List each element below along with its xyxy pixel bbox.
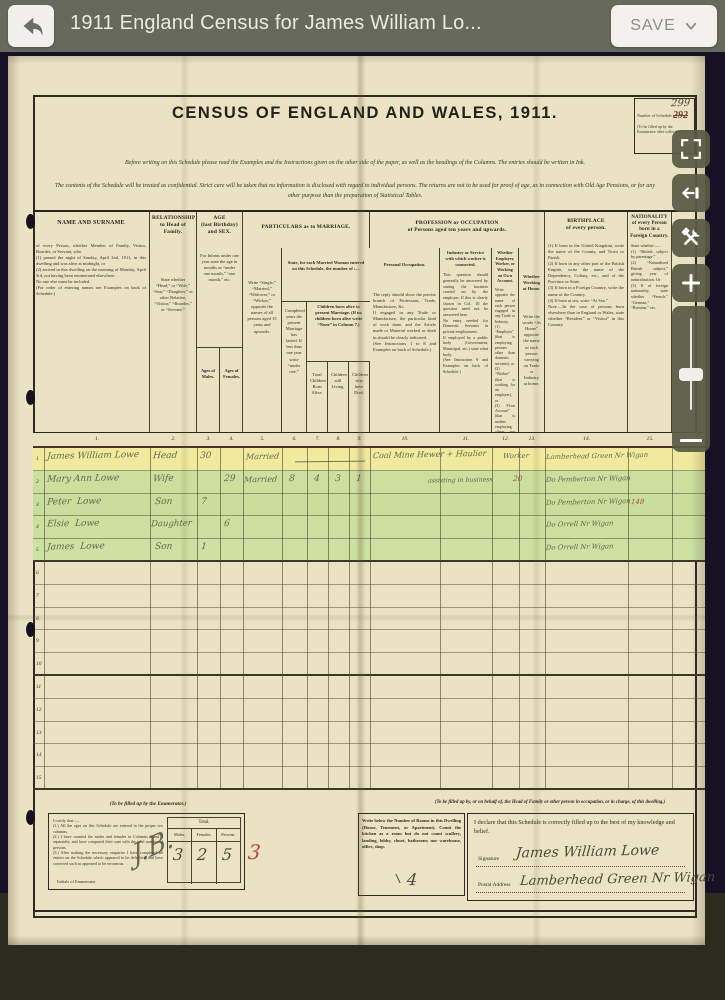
column-number: 9. bbox=[349, 436, 370, 442]
table-row-empty: 8 bbox=[33, 608, 705, 631]
table-row-empty: 13 bbox=[33, 722, 705, 745]
previous-image-button[interactable] bbox=[672, 174, 710, 212]
punch-hole bbox=[26, 390, 35, 405]
cell-industry-note: assisting in business bbox=[428, 476, 493, 484]
col-header-birthplace: BIRTHPLACE of every person. (1) If born … bbox=[545, 212, 628, 434]
save-button-label: SAVE bbox=[630, 17, 676, 35]
col-header-age: AGE (last Birthday) and SEX. For Infants… bbox=[197, 212, 243, 434]
row-number: 14 bbox=[36, 752, 42, 758]
column-number: 4. bbox=[220, 436, 243, 442]
signature-label: Signature bbox=[478, 856, 499, 862]
table-row-empty: 7 bbox=[33, 585, 705, 608]
cell-age-male: 1 bbox=[201, 542, 208, 552]
column-number: 12. bbox=[492, 436, 519, 442]
chevron-down-icon bbox=[684, 19, 698, 33]
head-section-label: (To be filled up by, or on behalf of, th… bbox=[403, 800, 697, 805]
row-number: 9 bbox=[36, 638, 39, 644]
row-number: 10 bbox=[36, 661, 42, 667]
cell-occupation: Coal Mine Hewer + Haulier bbox=[373, 449, 487, 460]
zoom-slider[interactable] bbox=[672, 306, 710, 452]
census-viewer-screen: CENSUS OF ENGLAND AND WALES, 1911. Numbe… bbox=[0, 0, 725, 1000]
col-header-age-females: Ages of Females. bbox=[220, 347, 243, 434]
column-number: 10. bbox=[370, 436, 440, 442]
cell-age-female: 6 bbox=[224, 519, 231, 529]
census-document-image[interactable]: CENSUS OF ENGLAND AND WALES, 1911. Numbe… bbox=[8, 56, 705, 945]
column-number: 7. bbox=[307, 436, 328, 442]
rooms-box: Write below the Number of Rooms in this … bbox=[358, 813, 465, 896]
enumerator-red-code: 148 bbox=[631, 497, 645, 505]
cell-relationship: Son bbox=[155, 542, 173, 552]
save-button[interactable]: SAVE bbox=[611, 5, 717, 47]
back-arrow-icon bbox=[16, 11, 46, 41]
cell-name: James Lowe bbox=[47, 542, 105, 553]
col-header-occupation-group: PROFESSION or OCCUPATION of Persons aged… bbox=[370, 212, 545, 248]
row-number: 12 bbox=[36, 707, 42, 713]
column-number: 5. bbox=[243, 436, 282, 442]
col-header-nationality: NATIONALITY of every Person born in a Fo… bbox=[628, 212, 672, 434]
col-header-working-at-home: Whether Working at Home. Write the words… bbox=[519, 248, 545, 434]
zoom-out-button[interactable] bbox=[680, 439, 702, 443]
column-number: 11. bbox=[440, 436, 492, 442]
table-row-empty: 11 bbox=[33, 676, 705, 699]
cell-name: Peter Lowe bbox=[47, 496, 102, 507]
table-row-elsie-lowe: 4 Elsie Lowe Daughter 6 Do Orrell Nr Wig… bbox=[33, 516, 705, 539]
enumerator-red-code: 20 bbox=[513, 474, 523, 483]
col-header-employment-status: Whether Employer, Worker, or Working on … bbox=[492, 248, 519, 434]
cell-relationship: Daughter bbox=[151, 519, 193, 530]
hand-stroke bbox=[395, 874, 400, 883]
cell-age-male: 30 bbox=[200, 451, 212, 461]
totals-females-value: 2 bbox=[197, 845, 209, 864]
table-row-peter-lowe: 3 Peter Lowe Son 7 Do Pemberton Nr Wigan… bbox=[33, 494, 705, 517]
totals-males-value: 3 bbox=[172, 845, 184, 864]
table-row-james-william-lowe: 1 James William Lowe Head 30 Married Coa… bbox=[33, 448, 705, 471]
cell-age-male: 7 bbox=[201, 497, 208, 507]
tools-icon bbox=[679, 226, 703, 250]
punch-hole bbox=[26, 622, 35, 637]
cell-status: Worker bbox=[503, 452, 530, 461]
page-title: 1911 England Census for James William Lo… bbox=[70, 12, 482, 35]
col-header-personal-occupation: Personal Occupation. The reply should sh… bbox=[370, 248, 440, 434]
column-number: 2. bbox=[150, 436, 197, 442]
plus-icon bbox=[680, 272, 702, 294]
cell-birthplace: Do Pemberton Nr Wigan bbox=[546, 497, 631, 507]
column-number: 1. bbox=[44, 436, 150, 442]
column-number: 14. bbox=[545, 436, 628, 442]
column-number-strip: 1.2.3.4.5.6.7.8.9.10.11.12.13.14.15.16. bbox=[33, 432, 705, 448]
totals-males-label: Males. bbox=[168, 829, 192, 841]
cell-birthplace: Lamberhead Green Nr Wigan bbox=[546, 451, 649, 461]
col-header-children-died: Children who have Died. bbox=[349, 362, 370, 434]
signature-value: James William Lowe bbox=[515, 842, 660, 861]
census-rows: 1 James William Lowe Head 30 Married Coa… bbox=[33, 448, 705, 790]
cell-children-born: 4 bbox=[314, 474, 321, 484]
row-number: 15 bbox=[36, 775, 42, 781]
col-header-marriage-group: PARTICULARS as to MARRIAGE. bbox=[243, 212, 370, 248]
cell-relationship: Wife bbox=[153, 474, 174, 484]
cell-children-living: 3 bbox=[335, 474, 342, 484]
signature-line bbox=[476, 866, 685, 867]
col-header-relationship: RELATIONSHIP to Head of Family. State wh… bbox=[150, 212, 197, 434]
column-number: 3. bbox=[197, 436, 220, 442]
row-number: 13 bbox=[36, 730, 42, 736]
app-bar: 1911 England Census for James William Lo… bbox=[0, 0, 725, 52]
census-empty-rows: 6789101112131415 bbox=[33, 562, 705, 790]
cell-age-female: 29 bbox=[224, 474, 236, 484]
zoom-slider-thumb[interactable] bbox=[679, 368, 703, 381]
schedule-number-struck: 292 bbox=[673, 110, 688, 121]
row-number: 11 bbox=[36, 684, 41, 690]
table-row-empty: 10 bbox=[33, 653, 705, 676]
cell-birthplace: Do Orrell Nr Wigan bbox=[546, 520, 614, 529]
row-number: 8 bbox=[36, 616, 39, 622]
cell-years-married: 8 bbox=[289, 474, 296, 484]
column-number: 8. bbox=[328, 436, 349, 442]
col-header-marriage-children: Children born alive to present Marriage.… bbox=[307, 302, 370, 362]
col-header-age-males: Ages of Males. bbox=[197, 347, 220, 434]
fullscreen-icon bbox=[679, 137, 703, 161]
schedule-number-value: 299 bbox=[670, 98, 690, 109]
totals-table: Total. Males. Females. Persons. 3 2 5 bbox=[167, 817, 241, 883]
cell-relationship: Head bbox=[153, 451, 178, 462]
row-number: 6 bbox=[36, 570, 39, 576]
postal-address-label: Postal Address bbox=[478, 882, 511, 888]
column-number: 6. bbox=[282, 436, 307, 442]
cell-relationship: Son bbox=[155, 496, 173, 506]
punch-hole bbox=[26, 214, 35, 229]
table-row-empty: 12 bbox=[33, 699, 705, 722]
back-button[interactable] bbox=[8, 5, 54, 47]
col-header-marriage-years: Completed years the present Marriage has… bbox=[282, 302, 307, 434]
totals-persons-value: 5 bbox=[221, 845, 233, 864]
arrow-left-bar-icon bbox=[679, 181, 703, 205]
rooms-count-value: 4 bbox=[406, 870, 418, 889]
table-row-empty: 9 bbox=[33, 630, 705, 653]
declaration-box: I declare that this Schedule is correctl… bbox=[467, 813, 694, 901]
col-header-children-born: Total Children Born Alive. bbox=[307, 362, 328, 434]
col-header-industry: Industry or Service with which worker is… bbox=[440, 248, 492, 434]
declaration-text: I declare that this Schedule is correctl… bbox=[468, 814, 693, 836]
col-header-children-living: Children still Living. bbox=[328, 362, 349, 434]
cell-birthplace: Do Pemberton Nr Wigan bbox=[546, 474, 631, 484]
punch-hole bbox=[26, 810, 35, 825]
zoom-slider-track[interactable] bbox=[690, 318, 692, 410]
table-row-empty: 6 bbox=[33, 562, 705, 585]
table-row-james-lowe: 5 James Lowe Son 1 Do Orrell Nr Wigan bbox=[33, 539, 705, 562]
hand-dash bbox=[295, 461, 365, 463]
cell-birthplace: Do Orrell Nr Wigan bbox=[546, 542, 614, 551]
table-row-mary-ann-lowe: 2 Mary Ann Lowe Wife 29 Married 8 4 3 1 … bbox=[33, 471, 705, 494]
column-number: 15. bbox=[628, 436, 672, 442]
postal-address-line bbox=[476, 892, 685, 893]
cell-name: James William Lowe bbox=[47, 450, 140, 462]
row-number: 7 bbox=[36, 593, 39, 599]
tools-button[interactable] bbox=[672, 219, 710, 257]
fullscreen-button[interactable] bbox=[672, 130, 710, 168]
cell-marriage: Married bbox=[244, 474, 278, 484]
table-row-empty: 15 bbox=[33, 767, 705, 790]
enumerator-section-label: (To be filled up by the Enumerator.) bbox=[48, 801, 248, 807]
col-header-marriage-state: State, for each Married Woman entered on… bbox=[282, 248, 370, 302]
rooms-instructions: Write below the Number of Rooms in this … bbox=[359, 814, 464, 855]
table-row-empty: 14 bbox=[33, 744, 705, 767]
cell-name: Mary Ann Lowe bbox=[47, 473, 120, 485]
table-header-band: NAME AND SURNAME of every Person, whethe… bbox=[33, 210, 697, 432]
totals-females-label: Females. bbox=[192, 829, 216, 841]
totals-header: Total. bbox=[168, 818, 240, 829]
col-header-marriage-write: Write “Single,” “Married,” “Widower,” or… bbox=[243, 248, 282, 434]
col-header-name: NAME AND SURNAME of every Person, whethe… bbox=[33, 212, 150, 434]
column-number: 13. bbox=[519, 436, 545, 442]
totals-persons-label: Persons. bbox=[217, 829, 240, 841]
cell-name: Elsie Lowe bbox=[47, 519, 100, 530]
enumerator-initials-label: Initials of Enumerator. bbox=[57, 879, 97, 884]
cell-marriage: Married bbox=[246, 452, 280, 462]
zoom-in-button[interactable] bbox=[672, 264, 710, 302]
postal-address-value: Lamberhead Green Nr Wigan bbox=[519, 870, 715, 889]
cell-children-died: 1 bbox=[356, 474, 363, 484]
enumerator-box: I certify that :— (1.) All the ages on t… bbox=[48, 813, 245, 890]
